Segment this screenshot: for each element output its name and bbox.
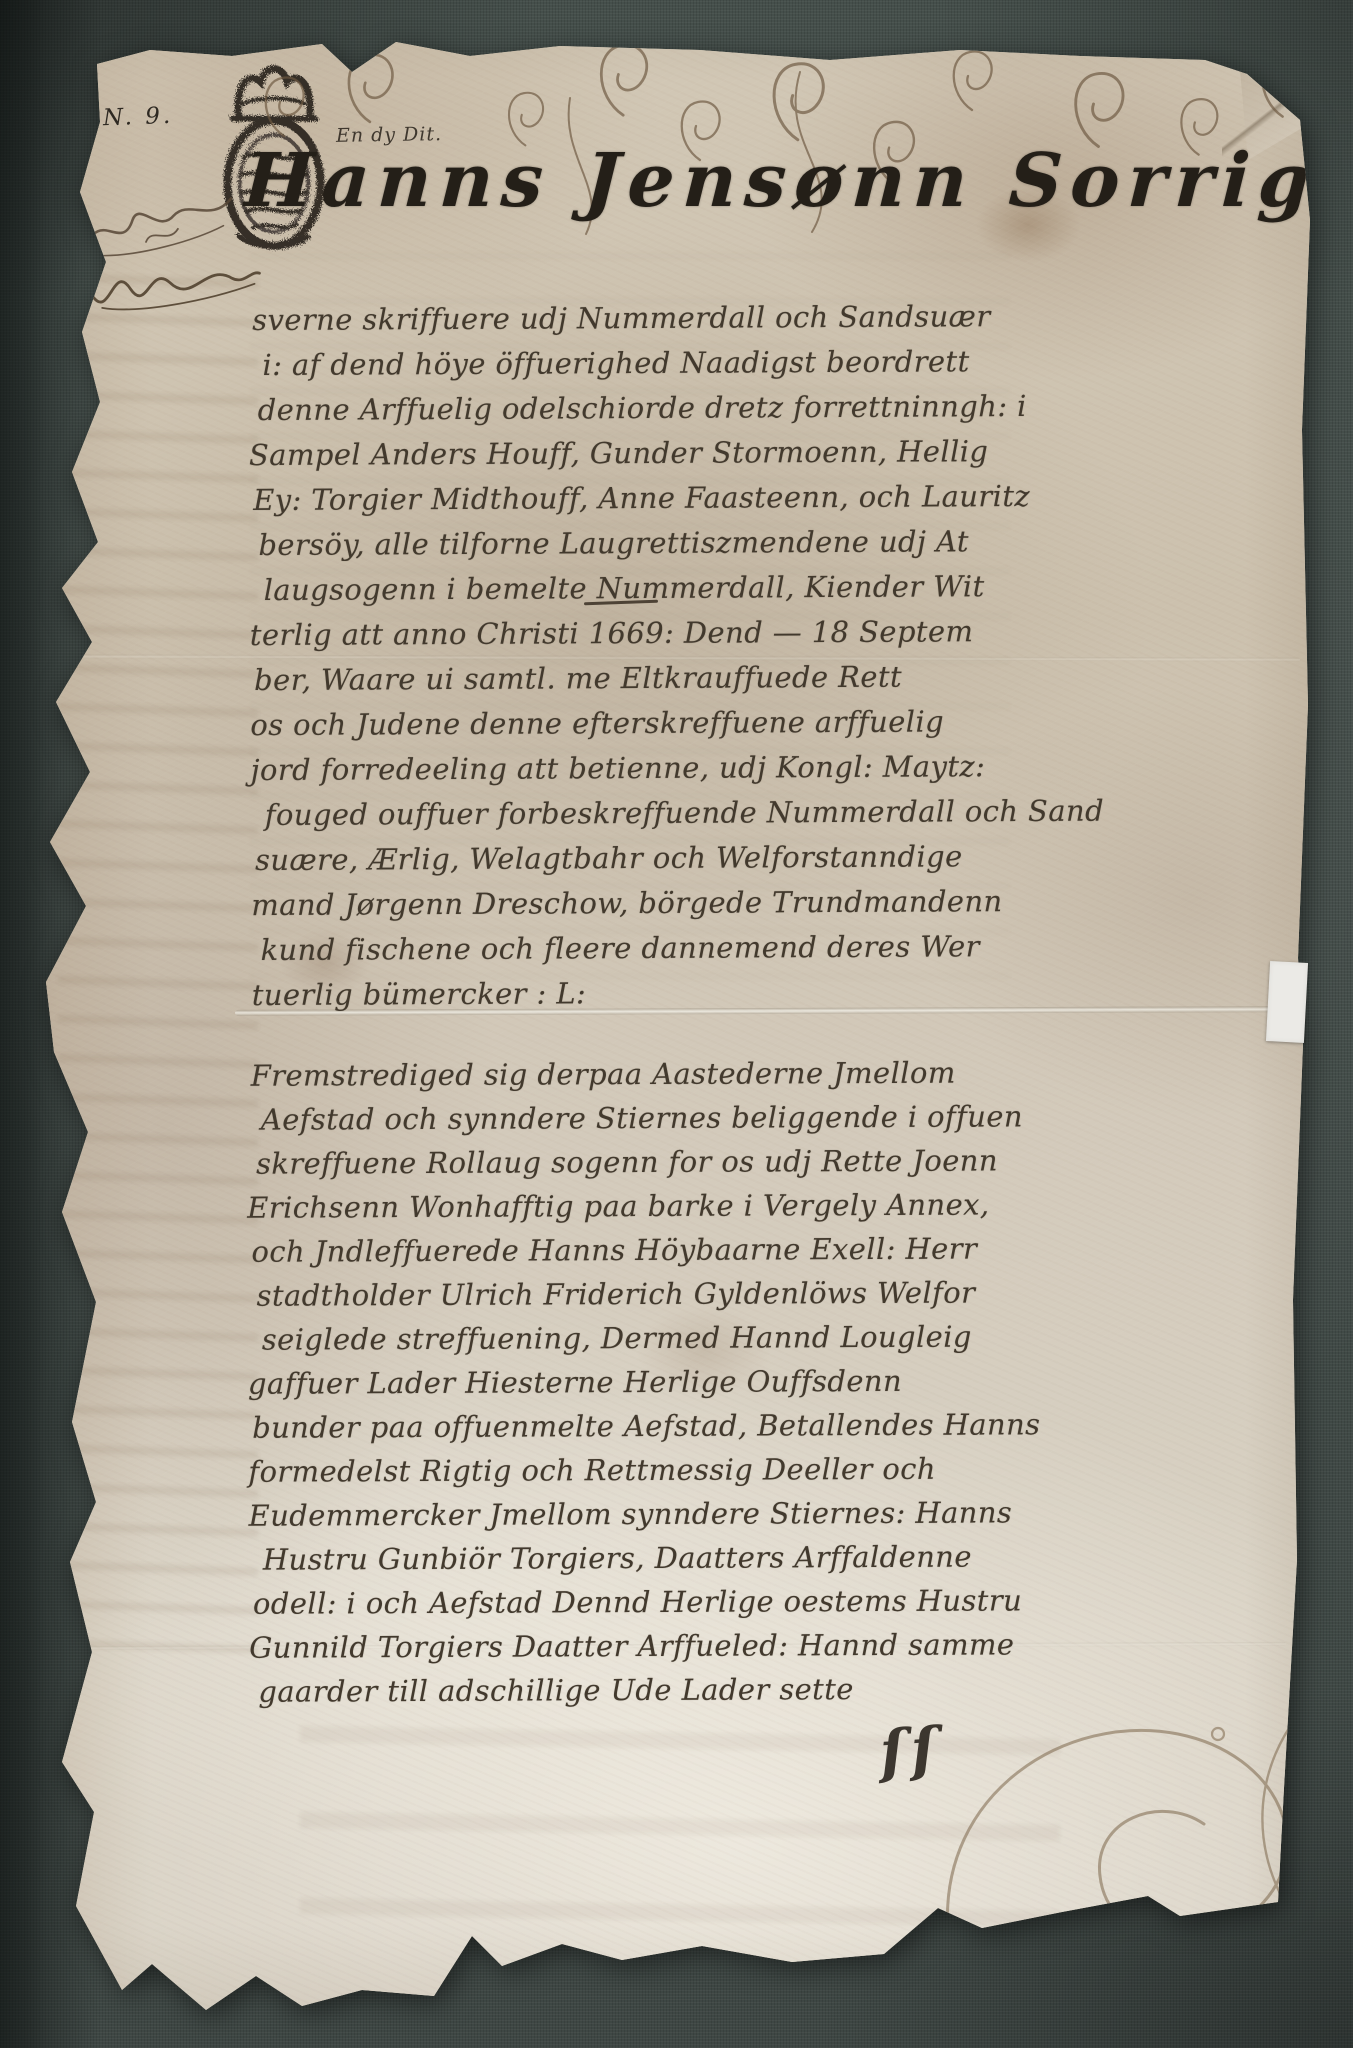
manuscript-line: mand Jørgenn Dreschow, börgede Trundmand… bbox=[251, 879, 1041, 928]
manuscript-line: Sampel Anders Houff, Gunder Stormoenn, H… bbox=[249, 429, 1039, 478]
body-paragraph-1: sverne skriffuere udj Nummerdall och San… bbox=[248, 294, 1042, 1018]
archive-number: N. 9. bbox=[103, 103, 174, 131]
manuscript-line: tuerlig bümercker : L: bbox=[252, 969, 1042, 1018]
repair-tape-sticker bbox=[1266, 961, 1308, 1043]
manuscript-line: gaffuer Lader Hiesterne Herlige Ouffsden… bbox=[248, 1358, 1048, 1405]
manuscript-line: stadtholder Ulrich Friderich Gyldenlöws … bbox=[248, 1270, 1048, 1317]
manuscript-line: Hustru Gunbiör Torgiers, Daatters Arffal… bbox=[249, 1534, 1049, 1581]
manuscript-line: bunder paa offuenmelte Aefstad, Betallen… bbox=[248, 1402, 1048, 1449]
archive-photo: N. 9. En dy Dit. Hanns Jensønn Sorrig So… bbox=[0, 0, 1353, 2048]
manuscript-line: fouged ouffuer forbeskreffuende Nummerda… bbox=[251, 789, 1041, 838]
manuscript-line: Aefstad och synndere Stiernes beliggende… bbox=[247, 1094, 1047, 1141]
manuscript-line: odell: i och Aefstad Dennd Herlige oeste… bbox=[249, 1578, 1049, 1625]
manuscript-page: N. 9. En dy Dit. Hanns Jensønn Sorrig So… bbox=[0, 0, 1353, 2048]
manuscript-line: os och Judene denne efterskreffuene arff… bbox=[250, 699, 1040, 748]
manuscript-line: i: af dend höye öffuerighed Naadigst beo… bbox=[248, 339, 1038, 388]
manuscript-line: bersöy, alle tilforne Laugrettiszmendene… bbox=[249, 519, 1039, 568]
body-paragraph-2: Fremstrediged sig derpaa Aastederne Jmel… bbox=[247, 1050, 1050, 1713]
verso-bleedthrough-left bbox=[58, 270, 258, 1670]
manuscript-line: seiglede streffuening, Dermed Hannd Loug… bbox=[248, 1314, 1048, 1361]
manuscript-line: laugsogenn i bemelte Nummerdall, Kiender… bbox=[250, 564, 1040, 613]
manuscript-line: denne Arffuelig odelschiorde dretz forre… bbox=[249, 384, 1039, 433]
manuscript-line: formedelst Rigtig och Rettmessig Deeller… bbox=[248, 1446, 1048, 1493]
manuscript-line: ber, Waare ui samtl. me Eltkrauffuede Re… bbox=[250, 654, 1040, 703]
manuscript-line: Erichsenn Wonhafftig paa barke i Vergely… bbox=[247, 1182, 1047, 1229]
manuscript-line: terlig att anno Christi 1669: Dend — 18 … bbox=[250, 609, 1040, 658]
manuscript-line: Gunnild Torgiers Daatter Arffueled: Hann… bbox=[249, 1622, 1049, 1669]
manuscript-line: skreffuene Rollaug sogenn for os udj Ret… bbox=[247, 1138, 1047, 1185]
manuscript-line: sverne skriffuere udj Nummerdall och San… bbox=[248, 294, 1038, 343]
manuscript-line: jord forredeeling att betienne, udj Kong… bbox=[250, 744, 1040, 793]
manuscript-line: Eudemmercker Jmellom synndere Stiernes: … bbox=[248, 1490, 1048, 1537]
manuscript-line: Ey: Torgier Midthouff, Anne Faasteenn, o… bbox=[249, 474, 1039, 523]
manuscript-line: kund fischene och fleere dannemend deres… bbox=[251, 924, 1041, 973]
document-heading: Hanns Jensønn Sorrig Sor bbox=[240, 138, 1316, 256]
manuscript-line: suære, Ærlig, Welagtbahr och Welforstann… bbox=[251, 834, 1041, 883]
bottom-pen-flourish-icon bbox=[918, 1672, 1338, 2032]
manuscript-line: Fremstrediged sig derpaa Aastederne Jmel… bbox=[247, 1050, 1047, 1097]
manuscript-page-wrap: N. 9. En dy Dit. Hanns Jensønn Sorrig So… bbox=[0, 0, 1353, 2048]
manuscript-line: och Jndleffuerede Hanns Höybaarne Exell:… bbox=[247, 1226, 1047, 1273]
